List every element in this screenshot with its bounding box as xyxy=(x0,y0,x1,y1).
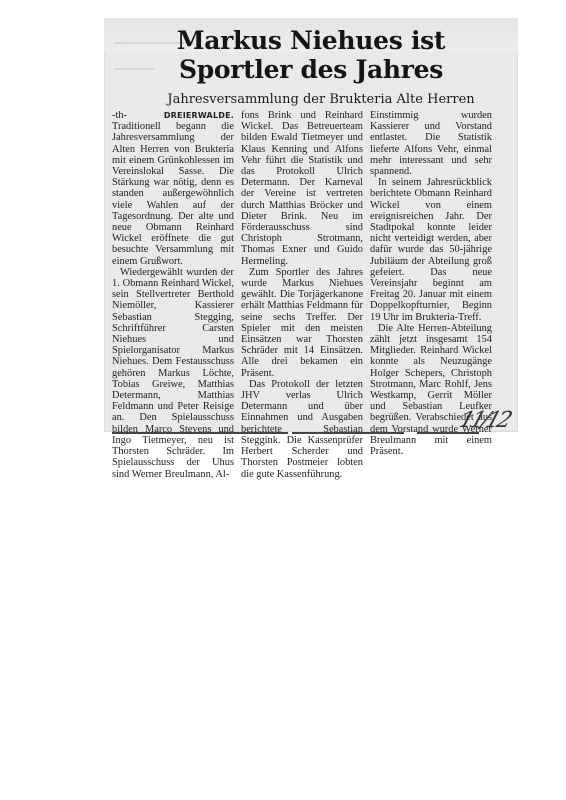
paragraph: fons Brink und Reinhard Wickel. Das Betr… xyxy=(241,110,363,267)
paragraph: In seinem Jahresrückblick berichtete Obm… xyxy=(370,177,492,323)
divider-line xyxy=(417,432,479,434)
paragraph: Zum Sportler des Jahres wurde Markus Nie… xyxy=(241,267,363,379)
paragraph: Das Protokoll der letzten JHV verlas Ulr… xyxy=(241,379,363,480)
newspaper-clipping: Markus Niehues ist Sportler des Jahres J… xyxy=(104,18,518,432)
headline-line-1: Markus Niehues ist xyxy=(104,26,518,55)
subheadline: Jahresversammlung der Brukteria Alte Her… xyxy=(104,92,518,107)
handwritten-note: 11/12 xyxy=(456,408,513,433)
divider-line xyxy=(292,432,404,434)
paragraph: Die Alte Herren-Abteilung zählt jetzt in… xyxy=(370,323,492,457)
article-column-2: fons Brink und Reinhard Wickel. Das Betr… xyxy=(241,110,363,480)
headline-line-2: Sportler des Jahres xyxy=(104,55,518,84)
paragraph: Wiedergewählt wurden der 1. Obmann Reinh… xyxy=(112,267,234,480)
article-body: -th- DREIERWALDE. Traditionell begann di… xyxy=(112,110,512,480)
article-column-1: -th- DREIERWALDE. Traditionell begann di… xyxy=(112,110,234,480)
dateline: DREIERWALDE. xyxy=(164,111,234,120)
headline: Markus Niehues ist Sportler des Jahres xyxy=(104,26,518,84)
author-tag: -th- xyxy=(112,110,127,121)
paragraph: Einstimmig wurden Kassierer und Vorstand… xyxy=(370,110,492,177)
divider-line xyxy=(112,432,288,434)
paragraph: -th- DREIERWALDE. Traditionell begann di… xyxy=(112,110,234,267)
paragraph-text: Traditionell begann die Jahresversammlun… xyxy=(112,121,234,266)
